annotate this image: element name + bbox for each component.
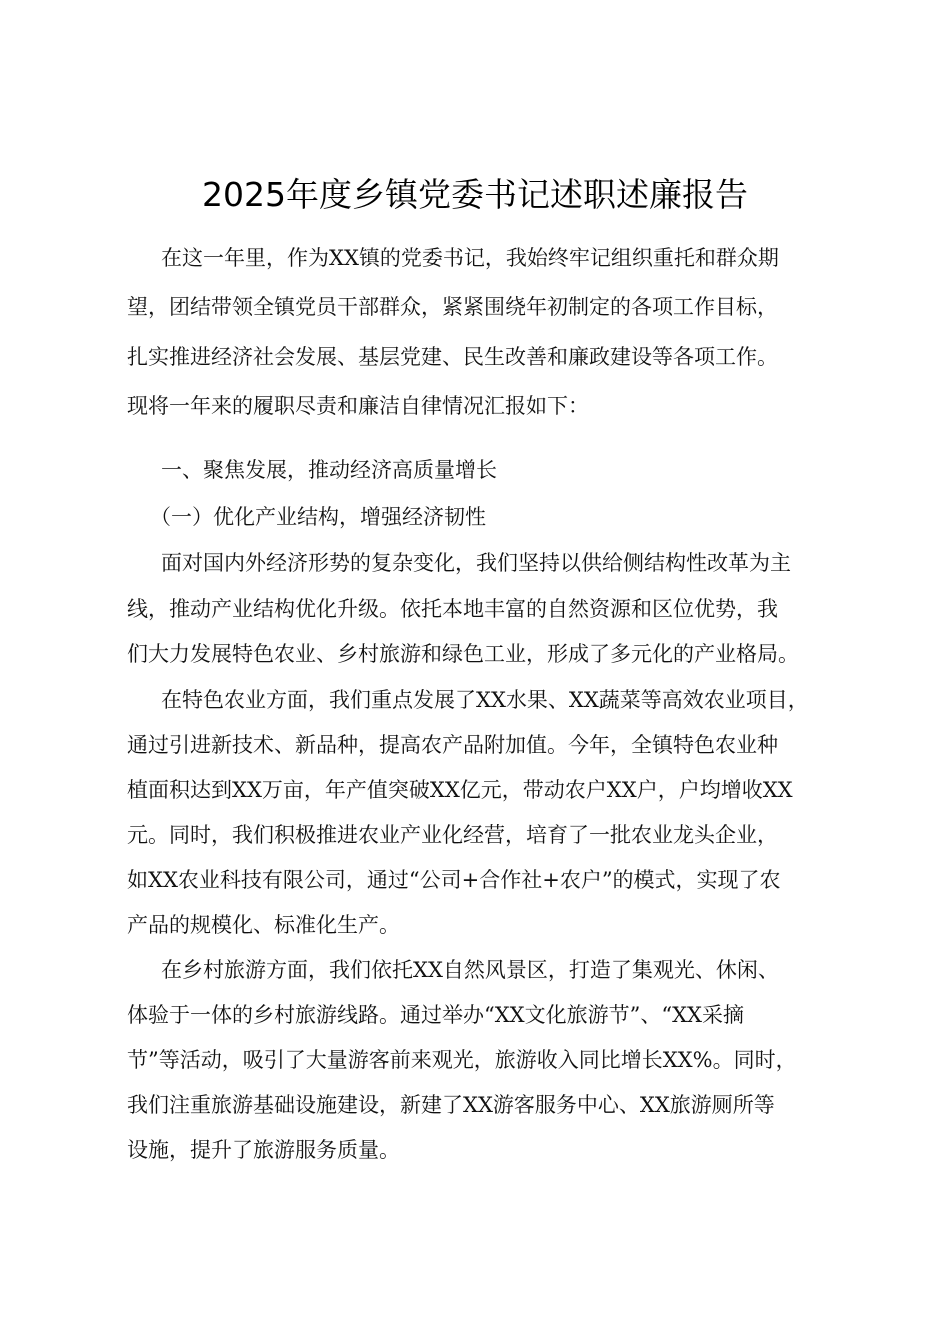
- paragraph-line: 在特色农业方面，我们重点发展了XX水果、XX蔬菜等高效农业项目，: [161, 685, 861, 715]
- document-page: 2025年度乡镇党委书记述职述廉报告 在这一年里，作为XX镇的党委书记，我始终牢…: [0, 0, 950, 1344]
- paragraph-line: 们大力发展特色农业、乡村旅游和绿色工业，形成了多元化的产业格局。: [127, 639, 827, 669]
- paragraph-line: 扎实推进经济社会发展、基层党建、民生改善和廉政建设等各项工作。: [127, 342, 827, 372]
- paragraph-line: 节”等活动，吸引了大量游客前来观光，旅游收入同比增长XX%。同时，: [127, 1045, 827, 1075]
- paragraph-line: 植面积达到XX万亩，年产值突破XX亿元，带动农户XX户，户均增收XX: [127, 775, 827, 805]
- paragraph-line: 产品的规模化、标准化生产。: [127, 910, 827, 940]
- paragraph-line: 如XX农业科技有限公司，通过“公司+合作社+农户”的模式，实现了农: [127, 865, 827, 895]
- subheading-line: （一）优化产业结构，增强经济韧性: [150, 502, 850, 532]
- heading-line: 一、聚焦发展，推动经济高质量增长: [161, 455, 861, 485]
- paragraph-line: 通过引进新技术、新品种，提高农产品附加值。今年，全镇特色农业种: [127, 730, 827, 760]
- paragraph-line: 我们注重旅游基础设施建设，新建了XX游客服务中心、XX旅游厕所等: [127, 1090, 827, 1120]
- paragraph-line: 设施，提升了旅游服务质量。: [127, 1135, 827, 1165]
- paragraph-line: 现将一年来的履职尽责和廉洁自律情况汇报如下：: [127, 391, 827, 421]
- paragraph-line: 体验于一体的乡村旅游线路。通过举办“XX文化旅游节”、“XX采摘: [127, 1000, 827, 1030]
- paragraph-line: 元。同时，我们积极推进农业产业化经营，培育了一批农业龙头企业，: [127, 820, 827, 850]
- document-title: 2025年度乡镇党委书记述职述廉报告: [0, 172, 950, 218]
- paragraph-line: 在乡村旅游方面，我们依托XX自然风景区，打造了集观光、休闲、: [161, 955, 861, 985]
- paragraph-line: 在这一年里，作为XX镇的党委书记，我始终牢记组织重托和群众期: [161, 243, 861, 273]
- paragraph-line: 望，团结带领全镇党员干部群众，紧紧围绕年初制定的各项工作目标，: [127, 292, 827, 322]
- paragraph-line: 线，推动产业结构优化升级。依托本地丰富的自然资源和区位优势，我: [127, 594, 827, 624]
- paragraph-line: 面对国内外经济形势的复杂变化，我们坚持以供给侧结构性改革为主: [161, 548, 861, 578]
